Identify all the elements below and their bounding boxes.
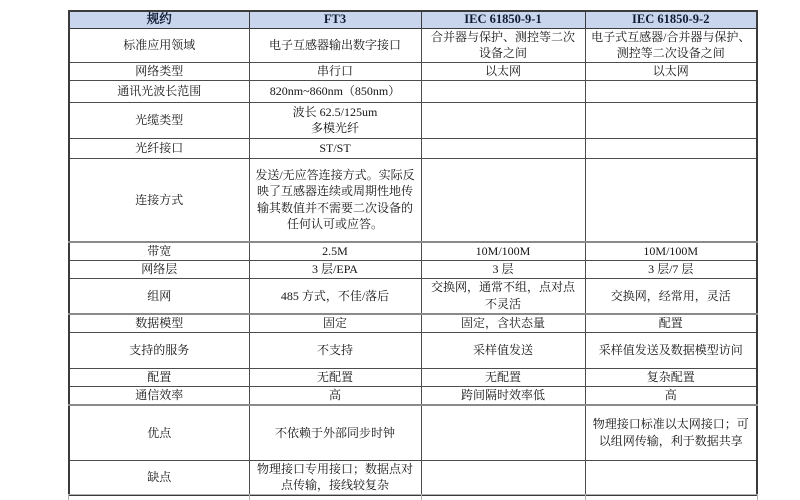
table-cell xyxy=(585,460,757,495)
row-label-cell: 网络类型 xyxy=(69,62,249,80)
column-header-3: IEC 61850-9-2 xyxy=(585,11,757,28)
table-cell: 交换网，通常不组，点对点不灵活 xyxy=(421,278,585,314)
table-cell xyxy=(585,80,757,102)
table-cell: 3 层/EPA xyxy=(249,260,421,278)
table-row: 通信效率高跨间隔时效率低高 xyxy=(69,386,757,405)
table-row: 光纤接口ST/ST xyxy=(69,138,757,158)
row-label-cell: 通信效率 xyxy=(69,386,249,405)
table-cell: 跨间隔时效率低 xyxy=(421,386,585,405)
table-cell xyxy=(585,138,757,158)
row-label-cell: 光缆类型 xyxy=(69,102,249,138)
table-cell: 固定 xyxy=(249,314,421,332)
table-row: 连接方式发送/无应答连接方式。实际反映了互感器连续或周期性地传输其数值并不需要二… xyxy=(69,158,757,242)
table-row: 缺点物理接口专用接口；数据点对点传输，接线较复杂 xyxy=(69,460,757,495)
table-cell: 10M/100M xyxy=(585,242,757,260)
table-row: 支持的服务不支持采样值发送采样值发送及数据模型访问 xyxy=(69,332,757,368)
table-cell: 以太网 xyxy=(421,62,585,80)
table-cell: 3 层 xyxy=(421,260,585,278)
row-label-cell: 标准应用领域 xyxy=(69,28,249,62)
table-cell: 固定，含状态量 xyxy=(421,314,585,332)
row-label-cell: 缺点 xyxy=(69,460,249,495)
table-cell xyxy=(585,158,757,242)
header-row: 规约FT3IEC 61850-9-1IEC 61850-9-2 xyxy=(69,11,757,28)
cutoff-column-divider xyxy=(249,495,250,500)
row-label-cell: 网络层 xyxy=(69,260,249,278)
column-header-2: IEC 61850-9-1 xyxy=(421,11,585,28)
table-row: 网络层3 层/EPA3 层3 层/7 层 xyxy=(69,260,757,278)
table-header: 规约FT3IEC 61850-9-1IEC 61850-9-2 xyxy=(69,11,757,28)
table-row: 网络类型串行口以太网以太网 xyxy=(69,62,757,80)
table-cell: 波长 62.5/125um 多模光纤 xyxy=(249,102,421,138)
table-cell: 以太网 xyxy=(585,62,757,80)
table-row: 数据模型固定固定，含状态量配置 xyxy=(69,314,757,332)
table-row: 带宽2.5M10M/100M10M/100M xyxy=(69,242,757,260)
row-label-cell: 光纤接口 xyxy=(69,138,249,158)
table-cell: 串行口 xyxy=(249,62,421,80)
table-cell: 发送/无应答连接方式。实际反映了互感器连续或周期性地传输其数值并不需要二次设备的… xyxy=(249,158,421,242)
table-cell: 不支持 xyxy=(249,332,421,368)
table-cell: 交换网，经常用，灵活 xyxy=(585,278,757,314)
cutoff-column-divider xyxy=(421,495,422,500)
cutoff-column-divider xyxy=(585,495,586,500)
table-cell: 无配置 xyxy=(249,368,421,386)
table-cell: 采样值发送 xyxy=(421,332,585,368)
table-cell: 2.5M xyxy=(249,242,421,260)
table-cell: 物理接口专用接口；数据点对点传输，接线较复杂 xyxy=(249,460,421,495)
table-row: 配置无配置无配置复杂配置 xyxy=(69,368,757,386)
table-cell xyxy=(421,80,585,102)
table-cell: 高 xyxy=(585,386,757,405)
table-cell: 配置 xyxy=(585,314,757,332)
row-label-cell: 组网 xyxy=(69,278,249,314)
row-label-cell: 配置 xyxy=(69,368,249,386)
page: 规约FT3IEC 61850-9-1IEC 61850-9-2 标准应用领域电子… xyxy=(0,0,800,500)
table-cell: 电子式互感器/合并器与保护、测控等二次设备之间 xyxy=(585,28,757,62)
table-cell: 820nm~860nm（850nm） xyxy=(249,80,421,102)
column-header-0: 规约 xyxy=(69,11,249,28)
column-header-1: FT3 xyxy=(249,11,421,28)
table-row: 优点不依赖于外部同步时钟物理接口标准以太网接口；可以组网传输，利于数据共享 xyxy=(69,405,757,460)
table-cell: 不依赖于外部同步时钟 xyxy=(249,405,421,460)
cutoff-next-row xyxy=(68,494,758,500)
table-row: 标准应用领域电子互感器输出数字接口合并器与保护、测控等二次设备之间电子式互感器/… xyxy=(69,28,757,62)
table-cell xyxy=(421,158,585,242)
table-cell: 合并器与保护、测控等二次设备之间 xyxy=(421,28,585,62)
table-cell: 485 方式，不佳/落后 xyxy=(249,278,421,314)
row-label-cell: 连接方式 xyxy=(69,158,249,242)
table-cell: 3 层/7 层 xyxy=(585,260,757,278)
row-label-cell: 优点 xyxy=(69,405,249,460)
row-label-cell: 带宽 xyxy=(69,242,249,260)
row-label-cell: 通讯光波长范围 xyxy=(69,80,249,102)
table-cell xyxy=(421,405,585,460)
table-cell xyxy=(585,102,757,138)
protocol-comparison-table: 规约FT3IEC 61850-9-1IEC 61850-9-2 标准应用领域电子… xyxy=(68,10,758,496)
table-cell: 无配置 xyxy=(421,368,585,386)
table-cell xyxy=(421,460,585,495)
table-cell xyxy=(421,138,585,158)
table-cell: 10M/100M xyxy=(421,242,585,260)
table-cell: ST/ST xyxy=(249,138,421,158)
table-row: 通讯光波长范围820nm~860nm（850nm） xyxy=(69,80,757,102)
table-cell: 复杂配置 xyxy=(585,368,757,386)
table-body: 标准应用领域电子互感器输出数字接口合并器与保护、测控等二次设备之间电子式互感器/… xyxy=(69,28,757,495)
table-row: 光缆类型波长 62.5/125um 多模光纤 xyxy=(69,102,757,138)
table-cell: 高 xyxy=(249,386,421,405)
table-cell: 电子互感器输出数字接口 xyxy=(249,28,421,62)
table-cell: 物理接口标准以太网接口；可以组网传输，利于数据共享 xyxy=(585,405,757,460)
table-row: 组网485 方式，不佳/落后交换网，通常不组，点对点不灵活交换网，经常用，灵活 xyxy=(69,278,757,314)
table-cell xyxy=(421,102,585,138)
table-cell: 采样值发送及数据模型访问 xyxy=(585,332,757,368)
row-label-cell: 支持的服务 xyxy=(69,332,249,368)
row-label-cell: 数据模型 xyxy=(69,314,249,332)
